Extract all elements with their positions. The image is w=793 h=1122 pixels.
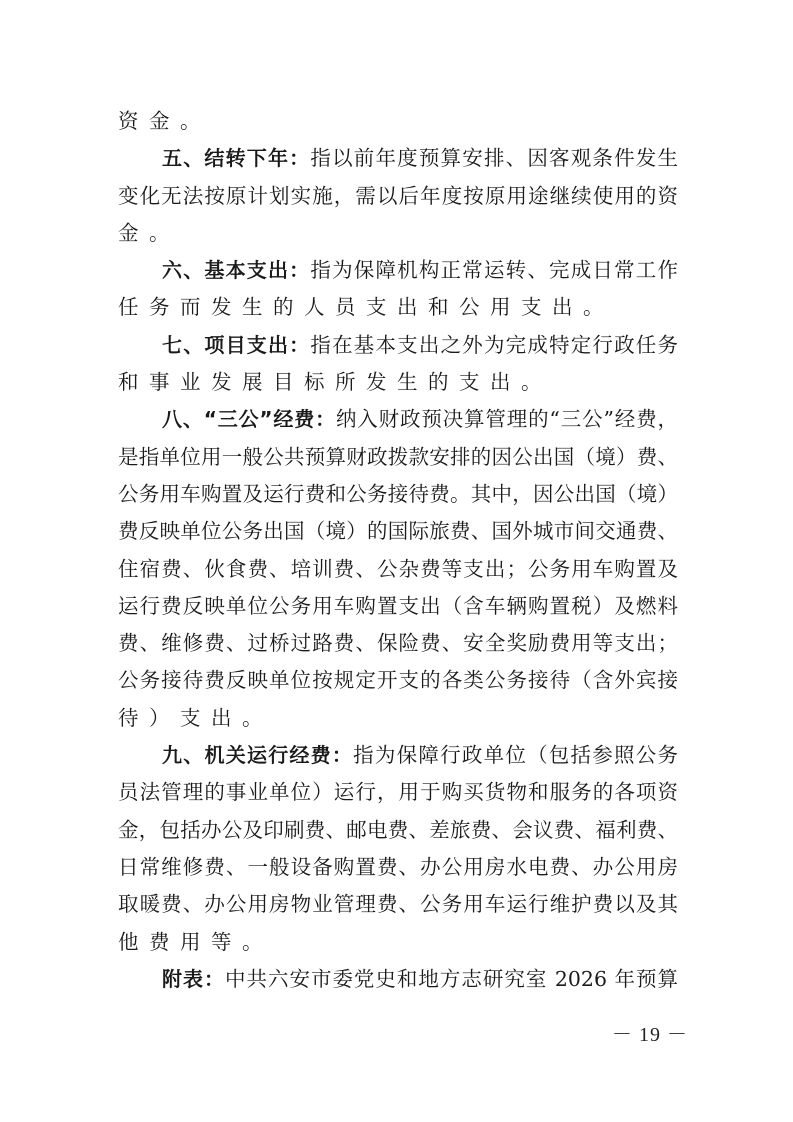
body-line: 金，包括办公及印刷费、邮电费、差旅费、会议费、福利费、 xyxy=(118,812,678,849)
body-line: 公务接待费反映单位按规定开支的各类公务接待（含外宾接 xyxy=(118,662,678,699)
appendix-title: 中共六安市委党史和地方志研究室 2026 年预算 xyxy=(225,967,678,991)
body-text: 他费用等。 xyxy=(118,930,273,954)
definition-carryover-first-line: 五、结转下年：指以前年度预算安排、因客观条件发生 xyxy=(118,140,678,177)
body-text: 和事业发展目标所发生的支出。 xyxy=(118,370,552,394)
body-line: 是指单位用一般公共预算财政拨款安排的因公出国（境）费、 xyxy=(118,439,678,476)
body-text: 住宿费、伙食费、培训费、公杂费等支出；公务用车购置及 xyxy=(118,557,678,581)
body-text: 公务接待费反映单位按规定开支的各类公务接待（含外宾接 xyxy=(118,668,678,692)
document-page: 资金。 五、结转下年：指以前年度预算安排、因客观条件发生 变化无法按原计划实施，… xyxy=(0,0,793,1122)
body-line: 费、维修费、过桥过路费、保险费、安全奖励费用等支出； xyxy=(118,625,678,662)
definition-operating-expenses-first-line: 九、机关运行经费：指为保障行政单位（包括参照公务 xyxy=(118,737,678,774)
definition-three-public-expenses-first-line: 八、“三公”经费：纳入财政预决算管理的“三公”经费， xyxy=(118,401,678,438)
body-text: 金。 xyxy=(118,221,180,245)
body-text: 任务而发生的人员支出和公用支出。 xyxy=(118,295,614,319)
body-line: 运行费反映单位公务用车购置支出（含车辆购置税）及燃料 xyxy=(118,588,678,625)
term-heading: 七、项目支出： xyxy=(162,333,310,357)
body-text: 指为保障行政单位（包括参照公务 xyxy=(353,743,678,767)
definition-project-expenditure-first-line: 七、项目支出：指在基本支出之外为完成特定行政任务 xyxy=(118,327,678,364)
body-text: 公务用车购置及运行费和公务接待费。其中，因公出国（境） xyxy=(118,482,678,506)
body-line: 待）支出。 xyxy=(118,700,678,737)
body-text: 指以前年度预算安排、因客观条件发生 xyxy=(310,146,678,170)
document-body: 资金。 五、结转下年：指以前年度预算安排、因客观条件发生 变化无法按原计划实施，… xyxy=(118,103,678,998)
body-line: 变化无法按原计划实施，需以后年度按原用途继续使用的资 xyxy=(118,178,678,215)
appendix-line: 附表：中共六安市委党史和地方志研究室 2026 年预算 xyxy=(118,961,678,998)
body-line: 费反映单位公务出国（境）的国际旅费、国外城市间交通费、 xyxy=(118,513,678,550)
body-text: 员法管理的事业单位）运行，用于购买货物和服务的各项资 xyxy=(118,780,678,804)
body-text: 资金。 xyxy=(118,109,211,133)
body-text: 费、维修费、过桥过路费、保险费、安全奖励费用等支出； xyxy=(118,631,678,655)
appendix-label: 附表： xyxy=(162,967,225,991)
body-line: 金。 xyxy=(118,215,678,252)
term-heading: 九、机关运行经费： xyxy=(162,743,353,767)
body-line: 日常维修费、一般设备购置费、办公用房水电费、办公用房 xyxy=(118,849,678,886)
body-line: 公务用车购置及运行费和公务接待费。其中，因公出国（境） xyxy=(118,476,678,513)
body-line: 取暖费、办公用房物业管理费、公务用车运行维护费以及其 xyxy=(118,886,678,923)
body-line: 和事业发展目标所发生的支出。 xyxy=(118,364,678,401)
term-heading: 八、“三公”经费： xyxy=(162,407,336,431)
body-text: 运行费反映单位公务用车购置支出（含车辆购置税）及燃料 xyxy=(118,594,678,618)
body-line: 他费用等。 xyxy=(118,924,678,961)
term-heading: 六、基本支出： xyxy=(162,258,310,282)
body-text: 指为保障机构正常运转、完成日常工作 xyxy=(310,258,678,282)
page-number: － 19 － xyxy=(612,1018,688,1047)
body-line: 住宿费、伙食费、培训费、公杂费等支出；公务用车购置及 xyxy=(118,551,678,588)
body-text: 纳入财政预决算管理的“三公”经费， xyxy=(336,407,678,431)
paragraph-continuation-line: 资金。 xyxy=(118,103,678,140)
definition-basic-expenditure-first-line: 六、基本支出：指为保障机构正常运转、完成日常工作 xyxy=(118,252,678,289)
term-heading: 五、结转下年： xyxy=(162,146,310,170)
body-text: 日常维修费、一般设备购置费、办公用房水电费、办公用房 xyxy=(118,855,678,879)
body-text: 费反映单位公务出国（境）的国际旅费、国外城市间交通费、 xyxy=(118,519,678,543)
body-text: 变化无法按原计划实施，需以后年度按原用途继续使用的资 xyxy=(118,184,678,208)
body-text: 取暖费、办公用房物业管理费、公务用车运行维护费以及其 xyxy=(118,892,678,916)
body-text: 是指单位用一般公共预算财政拨款安排的因公出国（境）费、 xyxy=(118,445,678,469)
body-text: 待）支出。 xyxy=(118,706,273,730)
body-text: 金，包括办公及印刷费、邮电费、差旅费、会议费、福利费、 xyxy=(118,818,678,842)
body-text: 指在基本支出之外为完成特定行政任务 xyxy=(310,333,678,357)
body-line: 任务而发生的人员支出和公用支出。 xyxy=(118,289,678,326)
body-line: 员法管理的事业单位）运行，用于购买货物和服务的各项资 xyxy=(118,774,678,811)
